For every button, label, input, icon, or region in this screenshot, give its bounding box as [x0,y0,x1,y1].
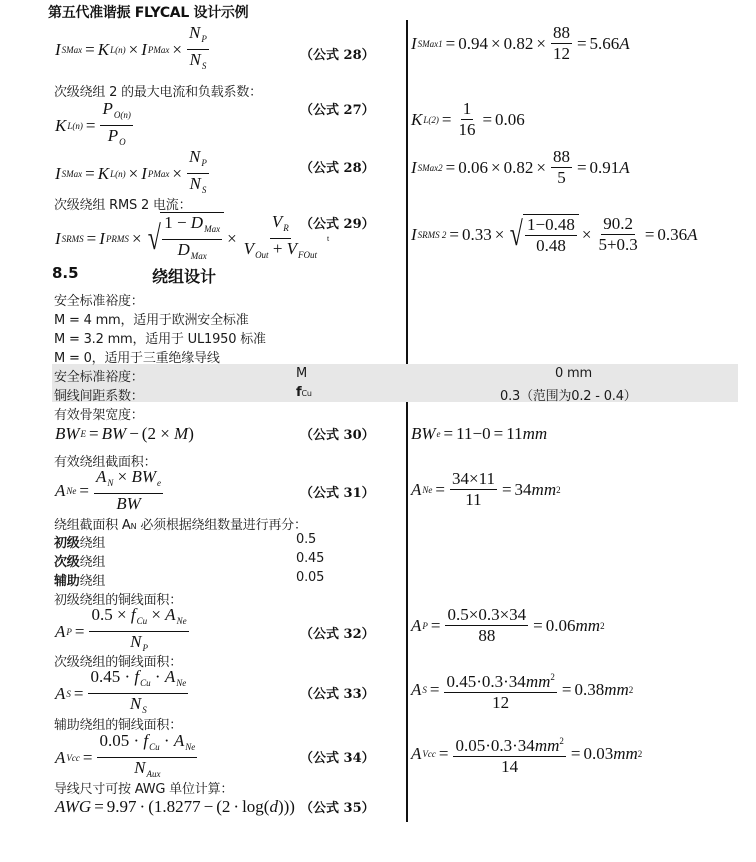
text-area-split: 绕组截面积 AN 必须根据绕组数量进行再分： [54,514,307,533]
formula-33-label: （公式 33） [300,683,375,702]
formula-31-ane: ANe= AN × BWeBW [55,468,165,513]
param-value-fcu: 0.3（范围为0.2 - 0.4） [500,385,637,404]
formula-29-label: （公式 29） [300,213,375,232]
winding-split-primary-value: 0.5 [296,532,316,547]
result-kl2: KL(2)= 116 =0.06 [411,100,525,139]
result-ismax1: ISMax1=0.94×0.82× 8812 =5.66A [411,24,630,63]
winding-split-aux: 辅助绕组 [54,570,105,589]
text-secondary2-current-load: 次级绕组 2 的最大电流和负载系数： [54,81,262,100]
result-isrms2: ISRMS 2=0.33× √1−0.480.48 × 90.25+0.3 =0… [411,214,698,255]
formula-27-kl: KL(n)= PO(n)PO [55,100,135,151]
result-ismax2: ISMax2=0.06×0.82× 885 =0.91A [411,148,630,187]
result-bwe: BWe=11−0=11mm [411,424,547,444]
formula-32-label: （公式 32） [300,623,375,642]
formula-29-isrms: ISRMS=IPRMS× √1 − DMaxDMax × VRVOut + VF… [55,212,329,265]
formula-28-ismax: ISMax=KL(n)×IPMax× NPNS [55,24,211,75]
formula-28-label: （公式 28） [300,44,375,63]
result-avcc: AVcc= 0.05·0.3·34mm214 =0.03mm2 [411,732,642,776]
column-divider [406,20,408,822]
formula-30-label: （公式 30） [300,424,375,443]
result-ane: ANe= 34×1111 =34mm2 [411,470,561,509]
text-secondary-rms2: 次级绕组 RMS 2 电流： [54,194,191,213]
formula-28-ismax-repeat: ISMax=KL(n)×IPMax× NPNS [55,148,211,199]
safety-option-europe: M = 4 mm，适用于欧洲安全标准 [54,309,249,328]
formula-27-label: （公式 27） [300,99,375,118]
formula-30-bwe: BWE=BW−(2 × M) [55,424,194,444]
param-symbol-fcu: fCu [296,385,312,400]
formula-28-label-repeat: （公式 28） [300,157,375,176]
formula-31-label: （公式 31） [300,482,375,501]
winding-split-secondary-value: 0.45 [296,551,324,566]
param-value-m: 0 mm [555,366,592,381]
param-label-copper-factor: 铜线间距系数： [54,385,144,404]
safety-option-ul1950: M = 3.2 mm，适用于 UL1950 标准 [54,328,266,347]
formula-35-label: （公式 35） [300,797,375,816]
formula-34-avcc: AVcc= 0.05 · fCu · ANeNAux [55,732,199,783]
winding-split-primary: 初级绕组 [54,532,105,551]
text-safety-margin-heading: 安全标准裕度： [54,290,144,309]
formula-32-ap: AP= 0.5 × fCu × ANeNP [55,606,191,657]
text-effective-bobbin-width: 有效骨架宽度： [54,404,144,423]
page-title: 第五代准谐振 FLYCAL 设计示例 [48,2,248,22]
section-number: 8.5 [52,264,79,282]
formula-34-label: （公式 34） [300,747,375,766]
text-awg: 导线尺寸可按 AWG 单位计算： [54,778,233,797]
winding-split-aux-value: 0.05 [296,570,324,585]
param-label-safety-margin: 安全标准裕度： [54,366,144,385]
safety-option-triple-insulated: M = 0，适用于三重绝缘导线 [54,347,220,366]
param-symbol-m: M [296,366,307,381]
result-as: AS= 0.45·0.3·34mm212 =0.38mm2 [411,668,633,712]
formula-33-as: AS= 0.45 · fCu · ANeNS [55,668,190,719]
formula-35-awg: AWG=9.97·(1.8277−(2·log(d))) [55,797,295,817]
section-title: 绕组设计 [152,264,216,287]
result-ap: AP= 0.5×0.3×3488 =0.06mm2 [411,606,605,645]
winding-split-secondary: 次级绕组 [54,551,105,570]
